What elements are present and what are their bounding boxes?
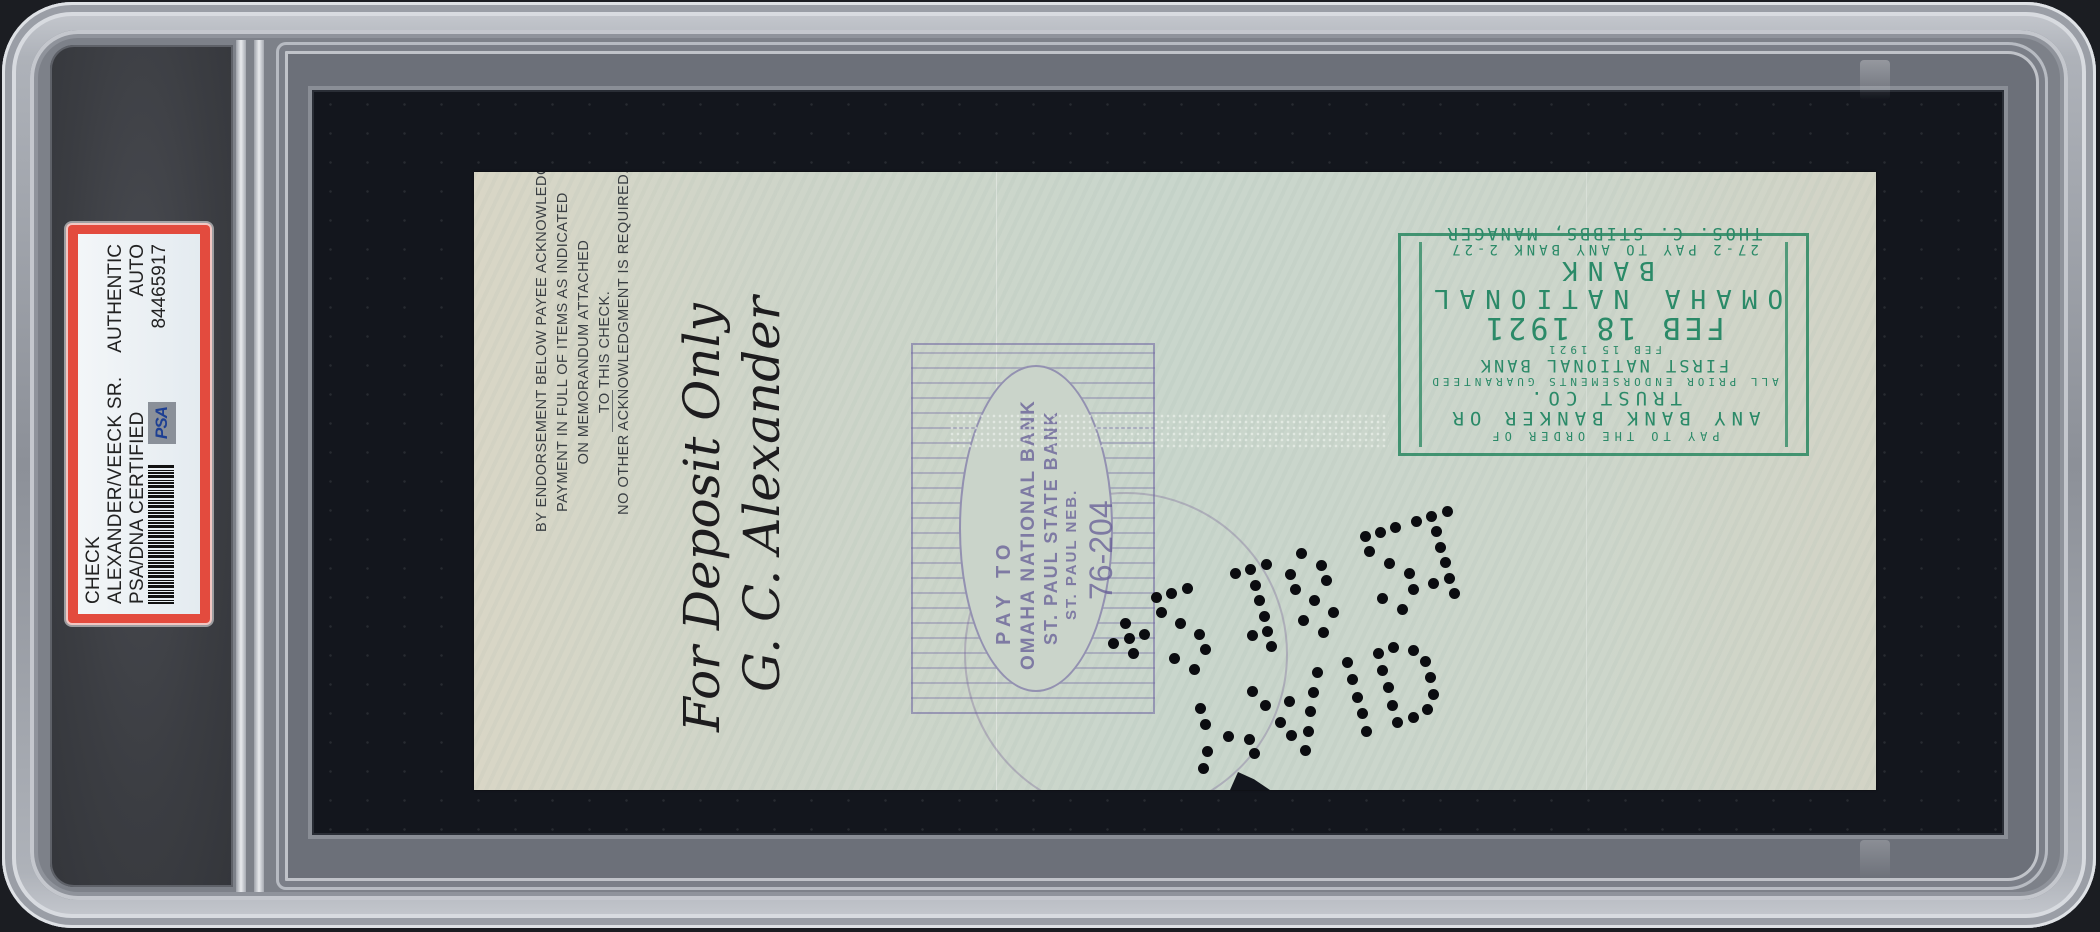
paper-tear (1230, 772, 1270, 790)
perforation-hole (1247, 686, 1258, 697)
psa-label-content: CHECK ALEXANDER/VEECK SR. PSA/DNA CERTIF… (78, 234, 200, 614)
perforation-hole (1151, 592, 1162, 603)
perforation-hole (1377, 593, 1388, 604)
slab-divider-ridge (236, 40, 246, 892)
slab-divider-ridge (254, 40, 264, 892)
green-stamp-date: FEB 18 1921 (1401, 312, 1806, 342)
perforation-hole (1200, 644, 1211, 655)
purple-stamp-pay-to: PAY TO (993, 539, 1016, 645)
perforation-hole (1156, 607, 1167, 618)
psa-logo-icon: PSA (148, 402, 176, 444)
perforation-hole (1275, 717, 1286, 728)
purple-stamp-city: ST. PAUL NEB. (1063, 489, 1080, 620)
green-stamp-line-2: ANY BANK BANKER OR TRUST CO. (1401, 388, 1806, 428)
psa-logo-text: PSA (152, 407, 172, 439)
notice-divider (612, 390, 613, 432)
perforation-hole (1169, 653, 1180, 664)
perforation-hole (1312, 667, 1323, 678)
green-stamp-manager: THOS. C. STIBBS, MANAGER (1401, 224, 1806, 242)
perforation-hole (1352, 692, 1363, 703)
perforation-hole (1230, 568, 1241, 579)
perforation-hole (1384, 558, 1395, 569)
perforation-hole (1387, 700, 1398, 711)
perforation-hole (1296, 548, 1307, 559)
perforation-hole (1390, 522, 1401, 533)
perforation-hole (1259, 611, 1270, 622)
perforation-hole (1249, 748, 1260, 759)
label-grade-type: AUTO (128, 244, 148, 296)
perforation-hole (1428, 578, 1439, 589)
green-stamp-line-3: ALL PRIOR ENDORSEMENTS GUARANTEED (1401, 374, 1806, 388)
endorsement-line-1: For Deposit Only (672, 212, 732, 732)
perforation-hole (1444, 573, 1455, 584)
perforation-hole (1300, 745, 1311, 756)
label-item-type: CHECK (84, 536, 104, 604)
perforation-hole (1435, 542, 1446, 553)
perforation-hole (1298, 615, 1309, 626)
perforation-hole (1261, 559, 1272, 570)
perforation-hole (1189, 664, 1200, 675)
perforation-hole (1428, 689, 1439, 700)
perforation-hole (1373, 648, 1384, 659)
purple-bank-stamp: PAY TO OMAHA NATIONAL BANK ST. PAUL STAT… (911, 343, 1155, 714)
perforation-hole (1328, 607, 1339, 618)
notice-no-other: NO OTHER ACKNOWLEDGMENT IS REQUIRED. (614, 172, 635, 532)
perforation-hole (1442, 506, 1453, 517)
perforation-hole (1375, 527, 1386, 538)
perforation-hole (1408, 645, 1419, 656)
purple-stamp-routing: 76-204 (1083, 500, 1120, 600)
perforation-hole (1250, 580, 1261, 591)
perforation-hole (1202, 746, 1213, 757)
label-cert-number: 84465917 (150, 244, 170, 329)
check-reverse: BY ENDORSEMENT BELOW PAYEE ACKNOWLEDGES … (474, 172, 1876, 790)
perforation-hole (1247, 630, 1258, 641)
green-stamp-line-8: 27-2 PAY TO ANY BANK 2-27 (1401, 242, 1806, 256)
perforation-hole (1361, 726, 1372, 737)
perforation-hole (1431, 526, 1442, 537)
perforation-hole (1286, 730, 1297, 741)
notice-line-5: NO OTHER ACKNOWLEDGMENT IS REQUIRED. (614, 172, 635, 532)
endorsement-signature: G. C. Alexander (732, 212, 792, 732)
perforation-hole (1347, 674, 1358, 685)
slab-reflection (1860, 60, 1890, 100)
perforation-hole (1397, 604, 1408, 615)
perforation-hole (1166, 588, 1177, 599)
perforation-hole (1198, 763, 1209, 774)
perforation-hole (1357, 708, 1368, 719)
perforation-hole (1195, 703, 1206, 714)
perforation-hole (1284, 696, 1295, 707)
perforation-hole (1342, 657, 1353, 668)
notice-line-1: BY ENDORSEMENT BELOW PAYEE ACKNOWLEDGES (532, 172, 553, 532)
perforation-hole (1404, 568, 1415, 579)
slab-reflection (1860, 840, 1890, 880)
perforation-hole (1360, 531, 1371, 542)
perforation-hole (1285, 569, 1296, 580)
perforation-hole (1308, 687, 1319, 698)
perforation-hole (1408, 584, 1419, 595)
perforation-hole (1420, 656, 1431, 667)
perforation-hole (1383, 682, 1394, 693)
perforation-hole (1411, 516, 1422, 527)
green-stamp-line-1: PAY TO THE ORDER OF (1401, 428, 1806, 443)
green-stamp-bank: OMAHA NATIONAL BANK (1401, 256, 1806, 312)
perforation-hole (1425, 672, 1436, 683)
perforation-hole (1377, 665, 1388, 676)
printed-notice: BY ENDORSEMENT BELOW PAYEE ACKNOWLEDGES … (532, 172, 616, 532)
label-subject: ALEXANDER/VEECK SR. (106, 377, 126, 604)
green-bank-stamp: PAY TO THE ORDER OF ANY BANK BANKER OR T… (1398, 233, 1809, 456)
handwritten-endorsement: For Deposit Only G. C. Alexander (672, 212, 792, 732)
barcode-icon (148, 464, 174, 604)
notice-line-4: TO THIS CHECK. (595, 172, 616, 532)
notice-line-3: ON MEMORANDUM ATTACHED (574, 172, 595, 532)
label-grade: AUTHENTIC (106, 244, 126, 353)
notice-line-2: PAYMENT IN FULL OF ITEMS AS INDICATED (553, 172, 574, 532)
green-stamp-line-4: FIRST NATIONAL BANK (1401, 356, 1806, 374)
perforation-hole (1182, 583, 1193, 594)
green-stamp-text: PAY TO THE ORDER OF ANY BANK BANKER OR T… (1401, 236, 1806, 453)
perforation-hole (1309, 595, 1320, 606)
check-protector-perforation (949, 413, 1389, 449)
perforation-hole (1422, 704, 1433, 715)
perforation-hole (1303, 726, 1314, 737)
perforation-hole (1316, 560, 1327, 571)
perforation-hole (1305, 706, 1316, 717)
perforation-hole (1388, 642, 1399, 653)
perforation-hole (1364, 546, 1375, 557)
label-service: PSA/DNA CERTIFIED (128, 411, 148, 604)
psa-label: CHECK ALEXANDER/VEECK SR. PSA/DNA CERTIF… (68, 225, 210, 623)
perforation-hole (1426, 511, 1437, 522)
perforation-hole (1440, 557, 1451, 568)
perforation-hole (1408, 712, 1419, 723)
perforation-hole (1290, 584, 1301, 595)
perforation-hole (1392, 717, 1403, 728)
perforation-hole (1449, 588, 1460, 599)
perforation-hole (1318, 627, 1329, 638)
psa-label-inner: CHECK ALEXANDER/VEECK SR. PSA/DNA CERTIF… (78, 234, 200, 614)
perforation-hole (1321, 575, 1332, 586)
